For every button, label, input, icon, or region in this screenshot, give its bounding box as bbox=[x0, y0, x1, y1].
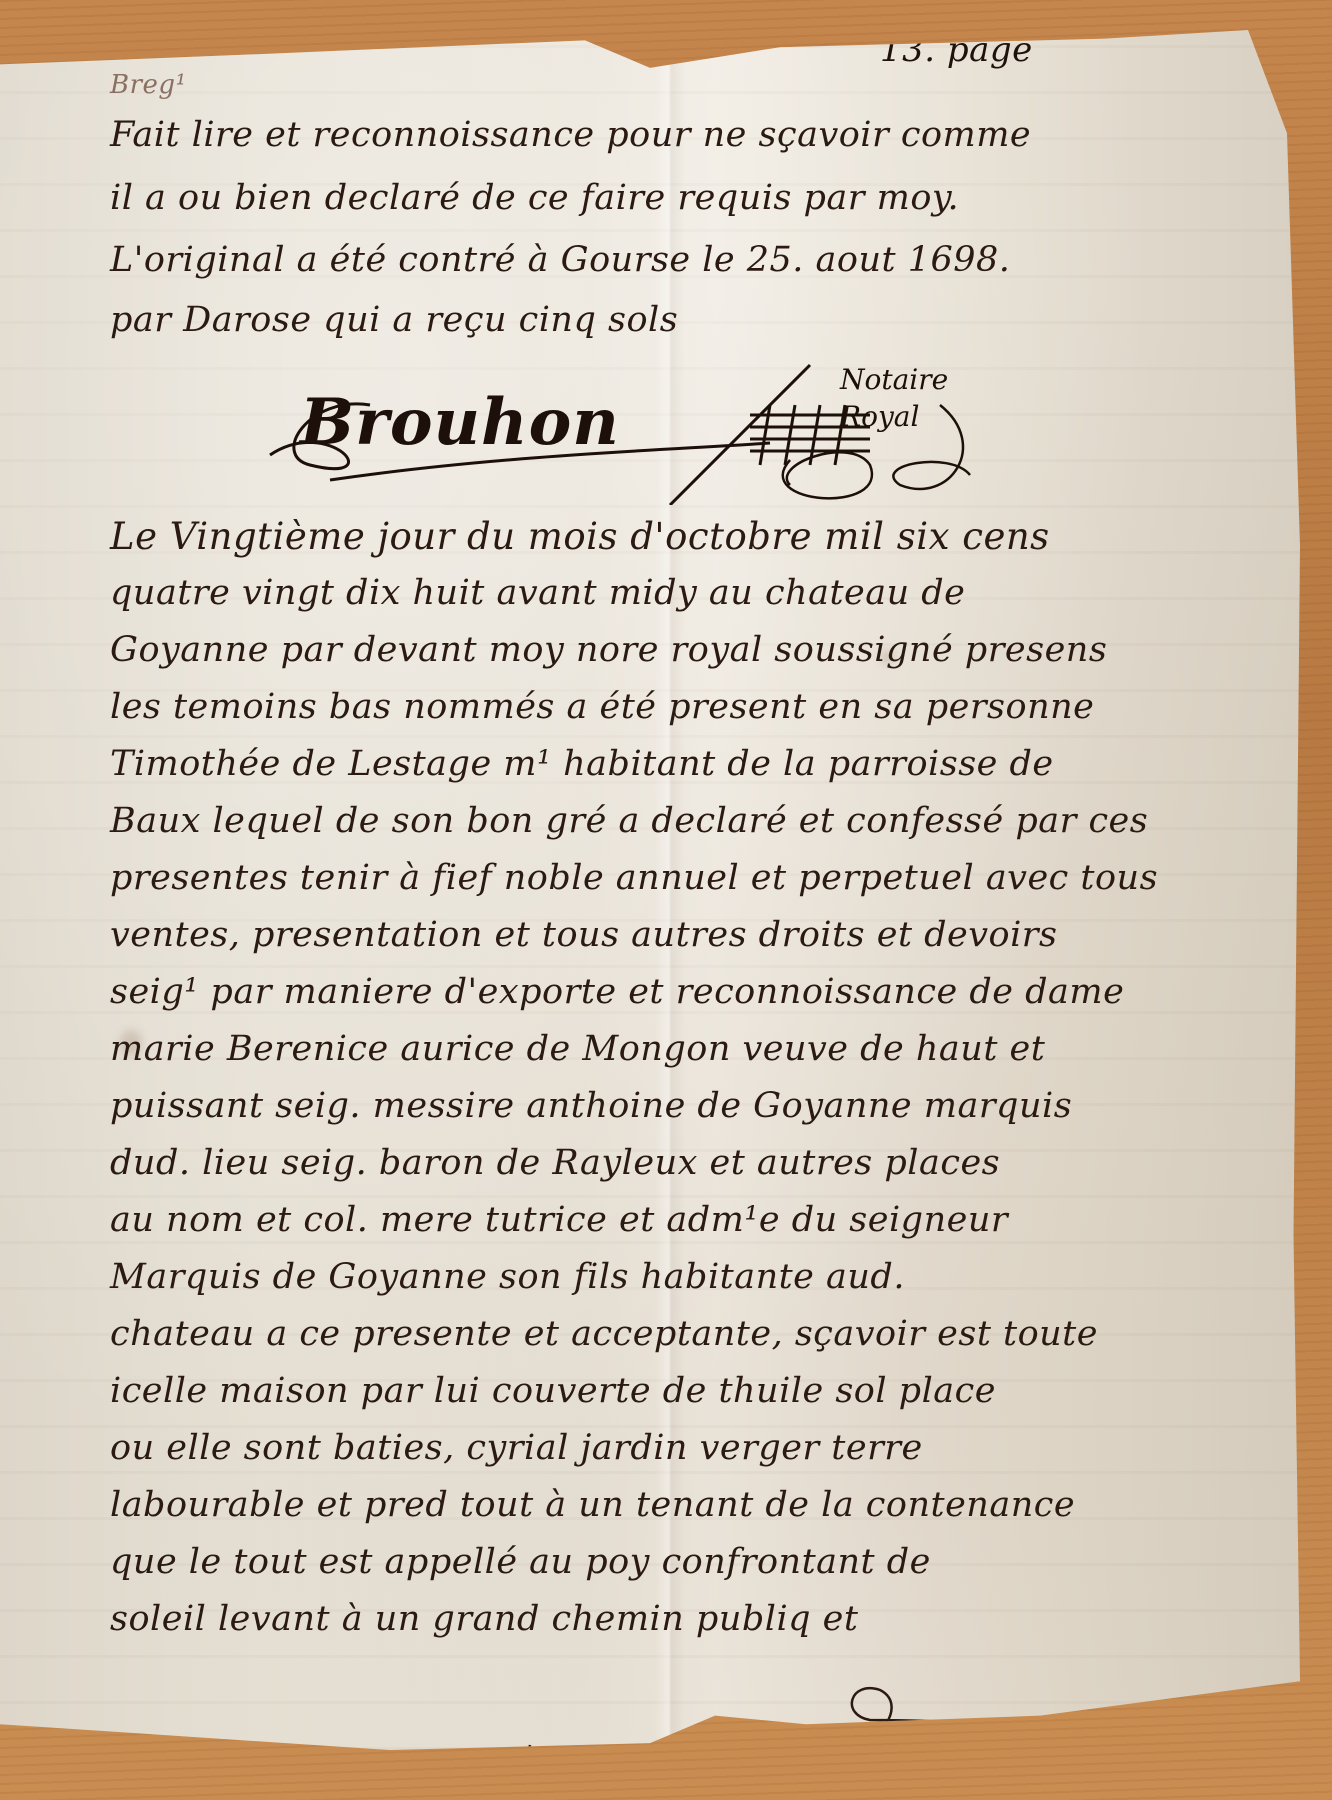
text-line: soleil levant à un grand chemin publiq e… bbox=[110, 1599, 858, 1639]
text-line: chateau a ce presente et acceptante, sça… bbox=[110, 1314, 1098, 1354]
signature-title-notaire: Notaire bbox=[840, 363, 948, 396]
text-line: seig¹ par maniere d'exporte et reconnois… bbox=[110, 972, 1124, 1012]
text-line: que le tout est appellé au poy confronta… bbox=[110, 1542, 931, 1582]
text-line: labourable et pred tout à un tenant de l… bbox=[110, 1485, 1075, 1525]
text-line: icelle maison par lui couverte de thuile… bbox=[110, 1371, 996, 1411]
text-line: puissant seig. messire anthoine de Goyan… bbox=[110, 1086, 1072, 1126]
text-line: il a ou bien declaré de ce faire requis … bbox=[110, 178, 959, 218]
text-line: Fait lire et reconnoissance pour ne sçav… bbox=[110, 115, 1031, 155]
text-line: les temoins bas nommés a été present en … bbox=[110, 687, 1094, 727]
text-line: presentes tenir à fief noble annuel et p… bbox=[110, 858, 1158, 898]
text-line: au nom et col. mere tutrice et adm¹e du … bbox=[110, 1200, 1008, 1240]
text-line: Goyanne par devant moy nore royal soussi… bbox=[110, 630, 1107, 670]
text-line: Marquis de Goyanne son fils habitante au… bbox=[110, 1257, 905, 1297]
corner-annotation: Breg¹ bbox=[110, 70, 187, 100]
text-line: Le Vingtième jour du mois d'octobre mil … bbox=[110, 515, 1050, 558]
signature-title-royal: Royal bbox=[840, 400, 919, 433]
closing-flourish-icon bbox=[520, 1685, 1140, 1795]
notary-signature: Brouhon Notaire Royal bbox=[250, 355, 1010, 505]
text-line: Baux lequel de son bon gré a declaré et … bbox=[110, 801, 1148, 841]
manuscript-page: Breg¹ 13. page Fait lire et reconnoissan… bbox=[0, 30, 1300, 1750]
signature-name: Brouhon bbox=[300, 385, 620, 460]
text-line: marie Berenice aurice de Mongon veuve de… bbox=[110, 1029, 1045, 1069]
text-line: Timothée de Lestage m¹ habitant de la pa… bbox=[110, 744, 1054, 784]
text-line: dud. lieu seig. baron de Rayleux et autr… bbox=[110, 1143, 1000, 1183]
page-number-label: 13. page bbox=[880, 30, 1033, 70]
text-line: par Darose qui a reçu cinq sols bbox=[110, 300, 678, 340]
text-line: ventes, presentation et tous autres droi… bbox=[110, 915, 1058, 955]
text-line: quatre vingt dix huit avant midy au chat… bbox=[110, 573, 965, 613]
text-line: L'original a été contré à Gourse le 25. … bbox=[110, 240, 1010, 280]
text-line: ou elle sont baties, cyrial jardin verge… bbox=[110, 1428, 923, 1468]
